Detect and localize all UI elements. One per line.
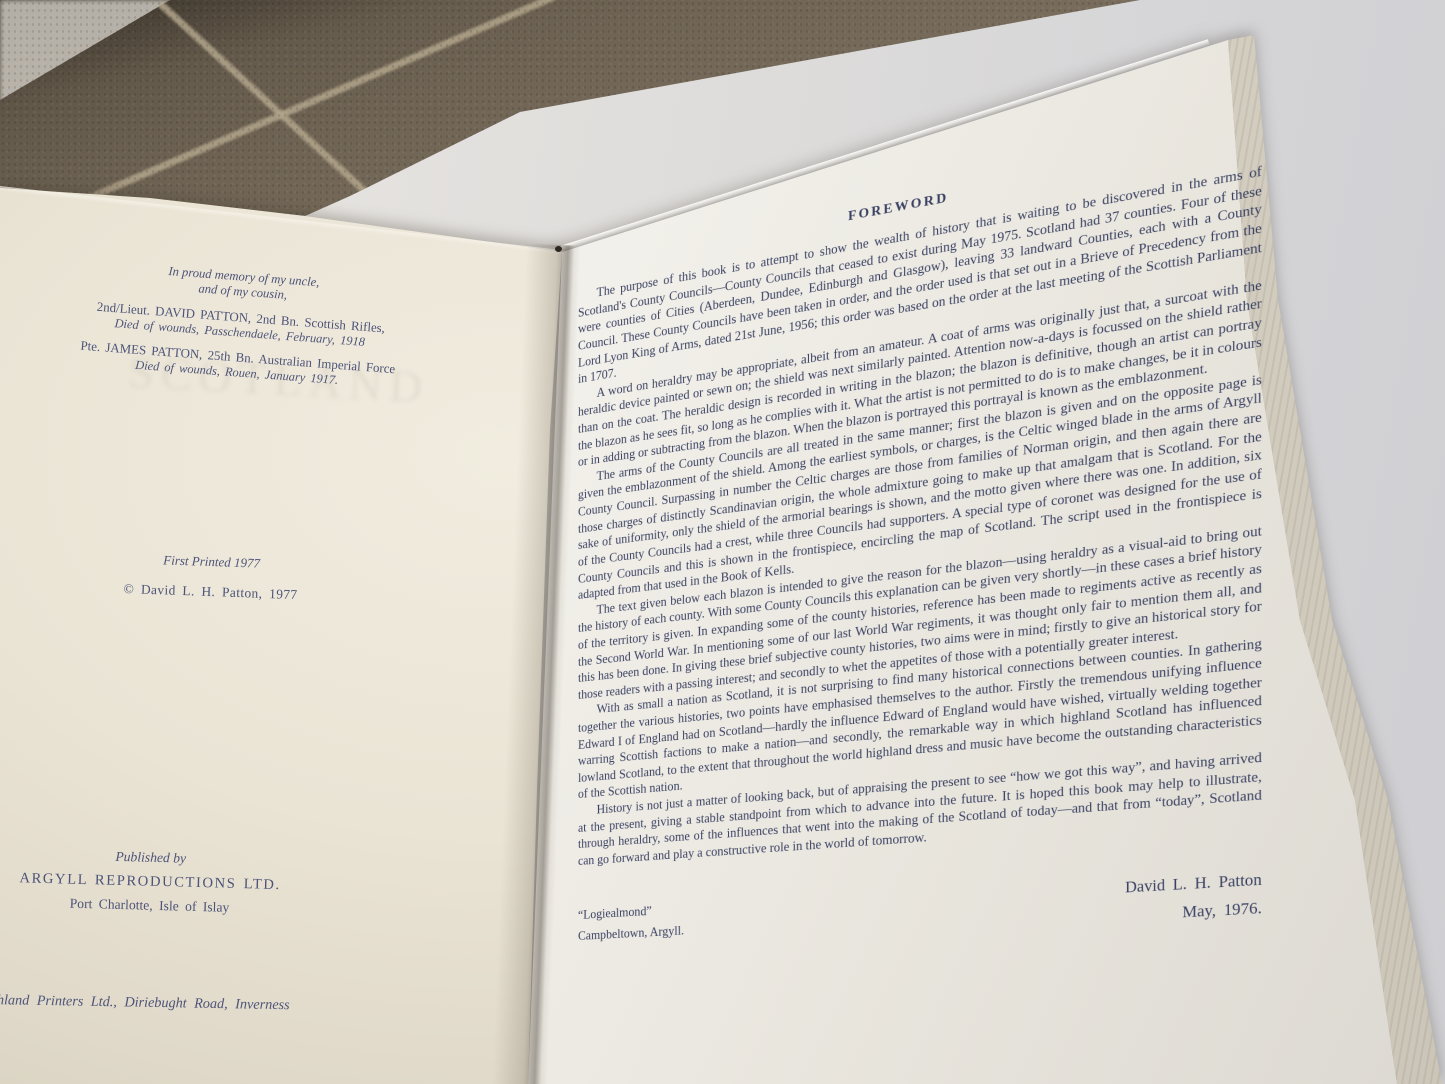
open-book: SCOTLAND In proud memory of my uncle, an…: [0, 0, 1445, 1084]
signoff-author: David L. H. Patton May, 1976.: [1125, 865, 1262, 931]
gutter-speck: [555, 246, 562, 252]
publisher-name: ARGYLL REPRODUCTIONS LTD.: [7, 870, 293, 894]
signoff-address: “Logiealmond” Campbeltown, Argyll.: [578, 899, 684, 946]
publisher-block: Published by ARGYLL REPRODUCTIONS LTD. P…: [6, 846, 294, 917]
imprint-block: First Printed 1977 © David L. H. Patton,…: [94, 550, 327, 604]
photo-of-open-book: SCOTLAND In proud memory of my uncle, an…: [0, 0, 1445, 1084]
foreword-text-block: FOREWORD The purpose of this book is to …: [578, 128, 1262, 957]
